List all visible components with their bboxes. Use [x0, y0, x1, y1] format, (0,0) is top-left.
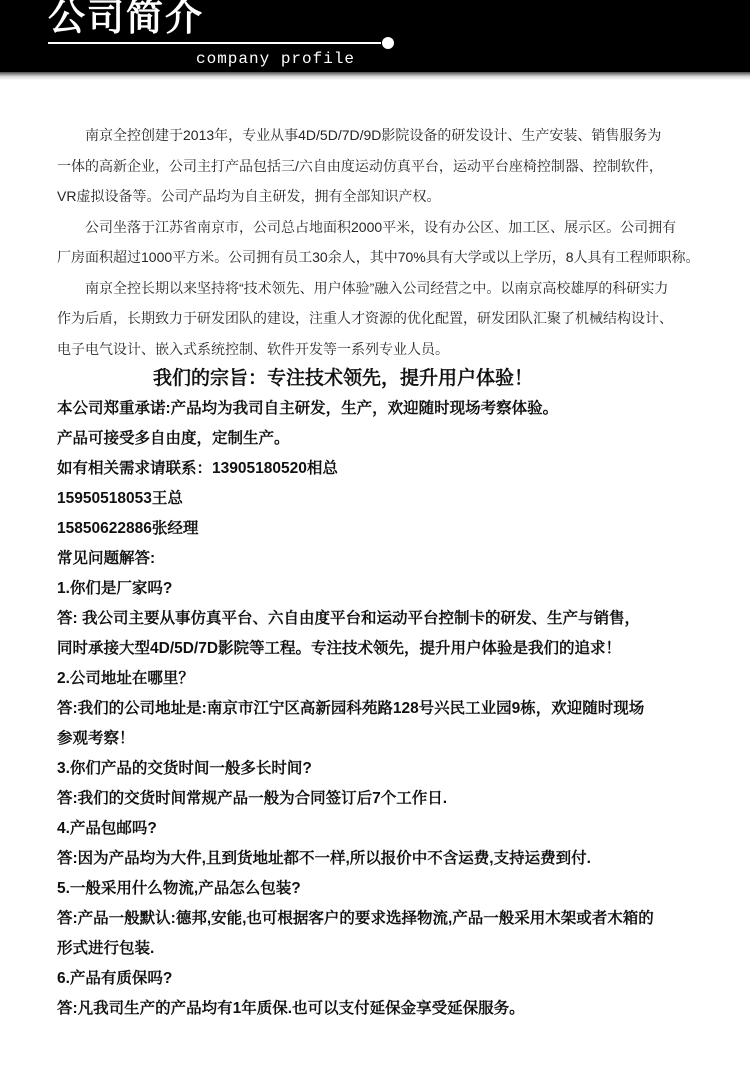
- faq-question: 4.产品包邮吗?: [57, 814, 750, 844]
- faq-answer-line: 形式进行包装.: [57, 934, 750, 964]
- intro-line: 南京全控创建于2013年，专业从事4D/5D/7D/9D影院设备的研发设计、生产…: [57, 120, 750, 151]
- faq-question: 3.你们产品的交货时间一般多长时间?: [57, 754, 750, 784]
- underline-end-dot: [382, 37, 394, 49]
- faq-answer-line: 同时承接大型4D/5D/7D影院等工程。专注技术领先，提升用户体验是我们的追求！: [57, 634, 750, 664]
- promise-line: 产品可接受多自由度，定制生产。: [57, 424, 750, 454]
- faq-answer-line: 答:我们的交货时间常规产品一般为合同签订后7个工作日.: [57, 784, 750, 814]
- contact-phone: 15850622886张经理: [57, 514, 750, 544]
- intro-line: 厂房面积超过1000平方米。公司拥有员工30余人，其中70%具有大学或以上学历，…: [57, 242, 750, 273]
- faq-answer-line: 参观考察！: [57, 724, 750, 754]
- faq-answer-line: 答: 我公司主要从事仿真平台、六自由度平台和运动平台控制卡的研发、生产与销售，: [57, 604, 750, 634]
- intro-line: 公司坐落于江苏省南京市，公司总占地面积2000平米，设有办公区、加工区、展示区。…: [57, 212, 750, 243]
- contact-phone: 15950518053王总: [57, 484, 750, 514]
- faq-section: 常见问题解答: 1.你们是厂家吗? 答: 我公司主要从事仿真平台、六自由度平台和…: [57, 544, 750, 1024]
- intro-line: 作为后盾，长期致力于研发团队的建设，注重人才资源的优化配置，研发团队汇聚了机械结…: [57, 303, 750, 334]
- page-header: 公司简介 company profile: [0, 0, 750, 72]
- intro-line: 南京全控长期以来坚持将“技术领先、用户体验”融入公司经营之中。以南京高校雄厚的科…: [57, 273, 750, 304]
- header-shadow: [0, 72, 750, 80]
- page-title: 公司简介: [48, 0, 204, 40]
- faq-answer-line: 答:我们的公司地址是:南京市江宁区高新园科苑路128号兴民工业园9栋，欢迎随时现…: [57, 694, 750, 724]
- promise-line: 本公司郑重承诺:产品均为我司自主研发，生产，欢迎随时现场考察体验。: [57, 394, 750, 424]
- faq-answer-line: 答:因为产品均为大件,且到货地址都不一样,所以报价中不含运费,支持运费到付.: [57, 844, 750, 874]
- promise-section: 本公司郑重承诺:产品均为我司自主研发，生产，欢迎随时现场考察体验。 产品可接受多…: [57, 394, 750, 454]
- faq-question: 6.产品有质保吗?: [57, 964, 750, 994]
- intro-line: VR虚拟设备等。公司产品均为自主研发，拥有全部知识产权。: [57, 181, 750, 212]
- faq-answer-line: 答:产品一般默认:德邦,安能,也可根据客户的要求选择物流,产品一般采用木架或者木…: [57, 904, 750, 934]
- company-profile-body: 南京全控创建于2013年，专业从事4D/5D/7D/9D影院设备的研发设计、生产…: [0, 80, 750, 1054]
- faq-question: 2.公司地址在哪里？: [57, 664, 750, 694]
- intro-line: 一体的高新企业，公司主打产品包括三/六自由度运动仿真平台，运动平台座椅控制器、控…: [57, 151, 750, 182]
- page-subtitle-en: company profile: [196, 50, 355, 68]
- faq-answer-line: 答:凡我司生产的产品均有1年质保.也可以支付延保金享受延保服务。: [57, 994, 750, 1024]
- intro-line: 电子电气设计、嵌入式系统控制、软件开发等一系列专业人员。: [57, 334, 750, 365]
- faq-question: 1.你们是厂家吗?: [57, 574, 750, 604]
- intro-section: 南京全控创建于2013年，专业从事4D/5D/7D/9D影院设备的研发设计、生产…: [57, 120, 750, 364]
- contact-section: 如有相关需求请联系：13905180520相总 15950518053王总 15…: [57, 454, 750, 544]
- contact-line: 如有相关需求请联系：13905180520相总: [57, 454, 750, 484]
- title-underline: [48, 42, 381, 44]
- faq-question: 5.一般采用什么物流,产品怎么包装?: [57, 874, 750, 904]
- company-slogan: 我们的宗旨：专注技术领先，提升用户体验！: [57, 364, 750, 394]
- faq-heading: 常见问题解答:: [57, 544, 750, 574]
